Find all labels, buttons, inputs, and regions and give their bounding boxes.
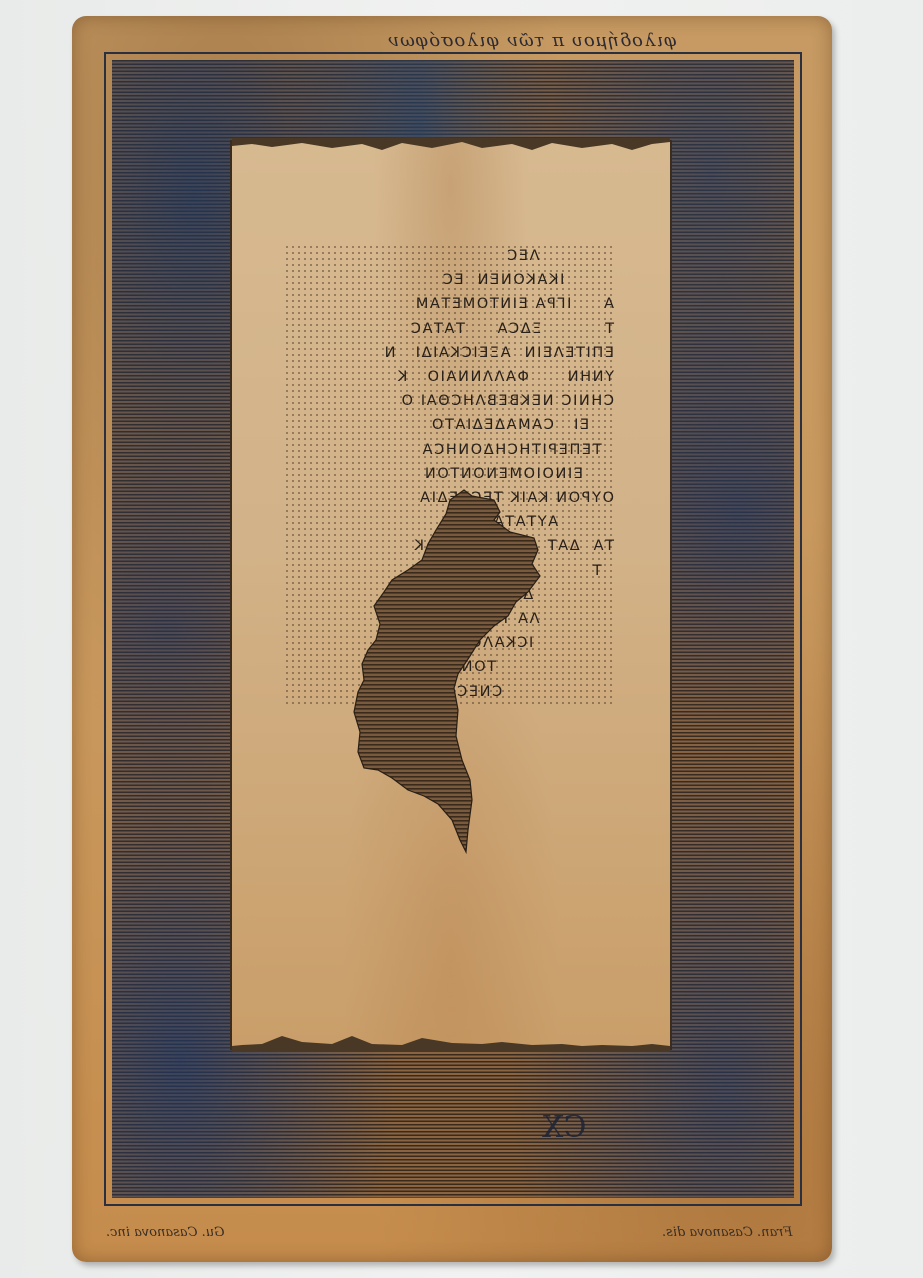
plate-number: CX [542,1110,586,1145]
papyrus-torn-bottom-edge [232,1036,670,1052]
engraver-signature: Gu. Casanova inc. [106,1225,225,1240]
copper-plate: φιλοδήμου π τῶν φιλοσόφων ΛΕC ΙΚΑΚΟΝΕΝ Ε… [72,16,832,1262]
draughtsman-signature: Fran. Casanova dis. [662,1225,792,1240]
papyrus-facsimile: ΛΕC ΙΚΑΚΟΝΕΝ ΕC Α ΙΓΡΑ ΕΙΝΤΟΜΕΤΑΜ Τ ΞΔCΑ… [230,140,672,1050]
plate-top-caption: φιλοδήμου π τῶν φιλοσόφων [72,30,832,51]
papyrus-lacuna-hole [232,140,670,1050]
